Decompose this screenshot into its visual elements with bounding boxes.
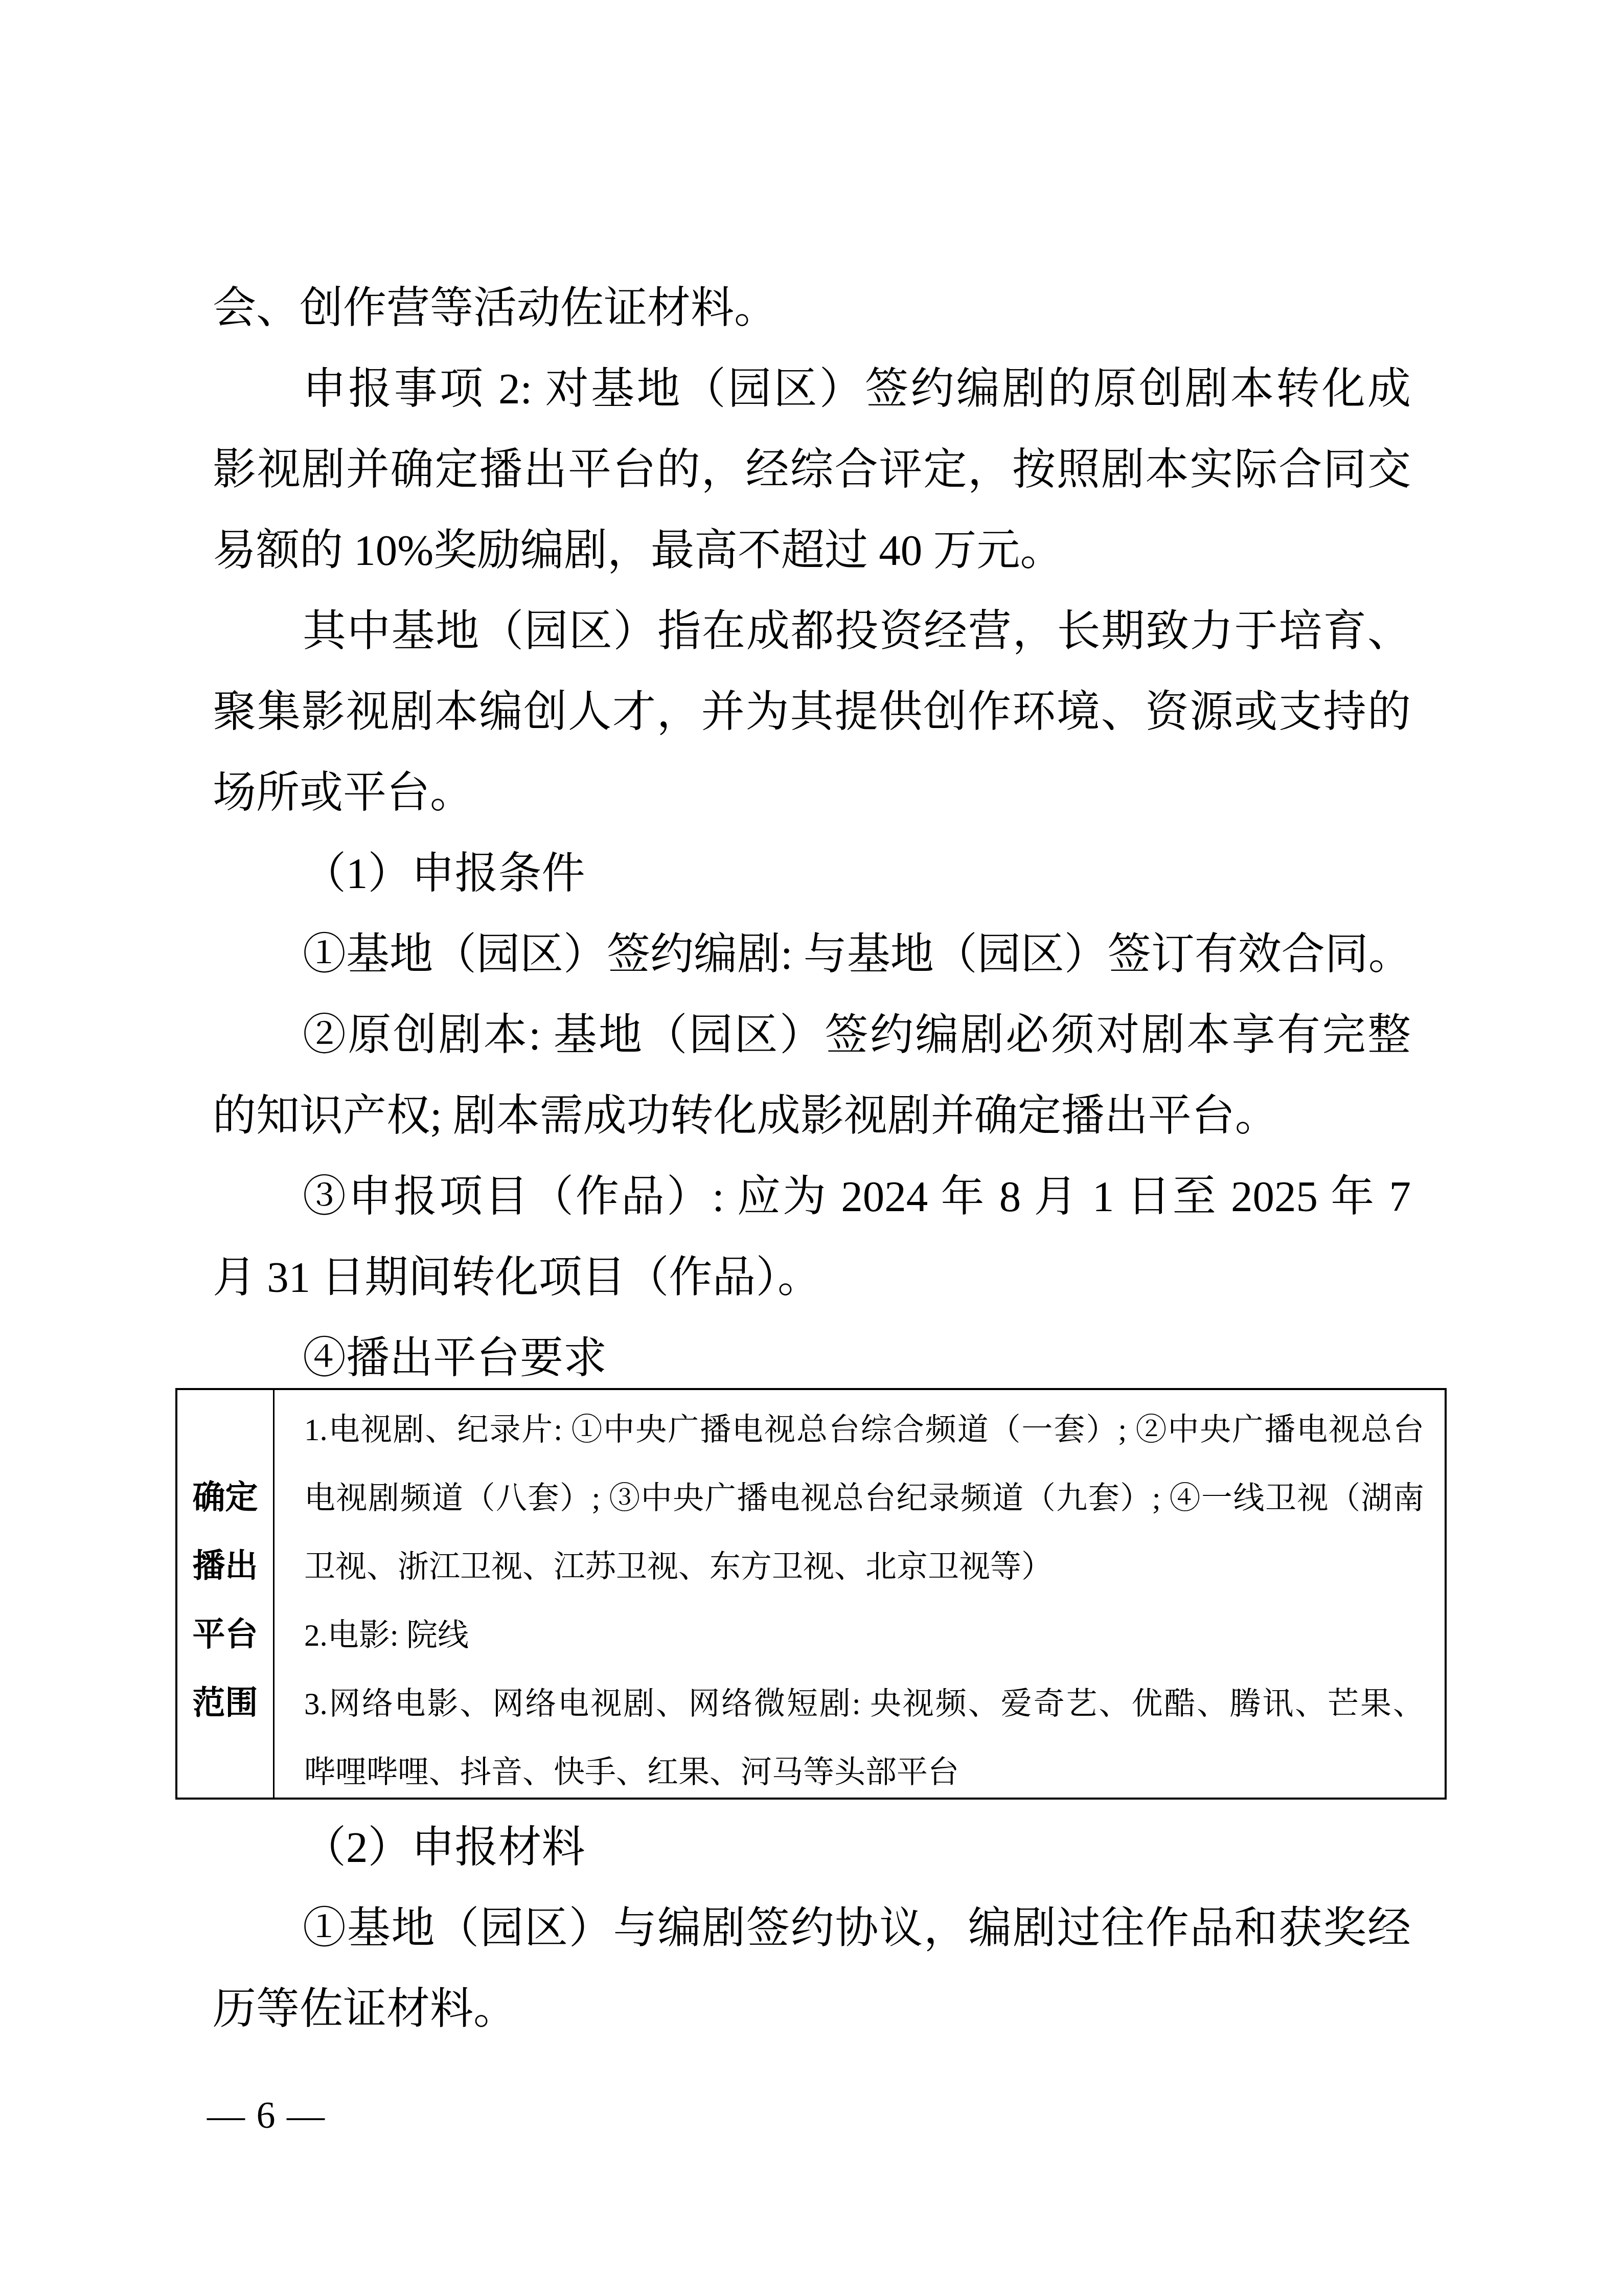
body-line: 易额的 10%奖励编剧，最高不超过 40 万元。 xyxy=(213,510,1411,591)
body-line-condition-3: ③申报项目（作品）: 应为 2024 年 8 月 1 日至 2025 年 7 xyxy=(213,1156,1411,1237)
body-line: 聚集影视剧本编创人才，并为其提供创作环境、资源或支持的 xyxy=(213,672,1411,753)
table-content-line: 哔哩哔哩、抖音、快手、红果、河马等头部平台 xyxy=(304,1739,1424,1807)
table-content-line: 卫视、浙江卫视、江苏卫视、东方卫视、北京卫视等） xyxy=(304,1533,1424,1602)
body-line-condition-4-heading: ④播出平台要求 xyxy=(213,1318,1411,1399)
body-line-material-1: ①基地（园区）与编剧签约协议，编剧过往作品和获奖经 xyxy=(213,1888,1411,1969)
body-line: 影视剧并确定播出平台的，经综合评定，按照剧本实际合同交 xyxy=(213,429,1411,510)
table-content-line-tv: 1.电视剧、纪录片: ①中央广播电视总台综合频道（一套）; ②中央广播电视总台 xyxy=(304,1396,1424,1465)
body-line: 月 31 日期间转化项目（作品）。 xyxy=(213,1237,1411,1318)
section-heading-conditions: （1）申报条件 xyxy=(213,833,1411,914)
after-table-text-block: （2）申报材料 ①基地（园区）与编剧签约协议，编剧过往作品和获奖经 历等佐证材料… xyxy=(213,1807,1411,2050)
table-row-header: 确定 播出 平台 范围 xyxy=(177,1390,275,1798)
body-line: 历等佐证材料。 xyxy=(213,1969,1411,2050)
table-content-cell: 1.电视剧、纪录片: ①中央广播电视总台综合频道（一套）; ②中央广播电视总台 … xyxy=(275,1390,1445,1798)
document-page: 会、创作营等活动佐证材料。 申报事项 2: 对基地（园区）签约编剧的原创剧本转化… xyxy=(0,0,1623,2296)
table-header-word: 确定 xyxy=(177,1463,273,1531)
page-number: — 6 — xyxy=(207,2094,326,2138)
section-heading-materials: （2）申报材料 xyxy=(213,1807,1411,1888)
body-line-condition-1: ①基地（园区）签约编剧: 与基地（园区）签订有效合同。 xyxy=(213,914,1411,995)
body-line-item2-start: 申报事项 2: 对基地（园区）签约编剧的原创剧本转化成 xyxy=(213,349,1411,429)
main-text-block: 会、创作营等活动佐证材料。 申报事项 2: 对基地（园区）签约编剧的原创剧本转化… xyxy=(213,268,1411,1399)
table-content-line-web: 3.网络电影、网络电视剧、网络微短剧: 央视频、爱奇艺、优酷、腾讯、芒果、 xyxy=(304,1670,1424,1739)
broadcast-platform-table: 确定 播出 平台 范围 1.电视剧、纪录片: ①中央广播电视总台综合频道（一套）… xyxy=(175,1388,1447,1800)
table-content-line: 电视剧频道（八套）; ③中央广播电视总台纪录频道（九套）; ④一线卫视（湖南 xyxy=(304,1465,1424,1533)
table-header-spacer xyxy=(177,1394,273,1463)
table-header-word: 范围 xyxy=(177,1668,273,1737)
body-line-base-definition: 其中基地（园区）指在成都投资经营，长期致力于培育、 xyxy=(213,591,1411,672)
body-line: 的知识产权; 剧本需成功转化成影视剧并确定播出平台。 xyxy=(213,1076,1411,1156)
table-header-word: 播出 xyxy=(177,1531,273,1600)
body-line-condition-2: ②原创剧本: 基地（园区）签约编剧必须对剧本享有完整 xyxy=(213,995,1411,1076)
body-line: 场所或平台。 xyxy=(213,753,1411,833)
body-line: 会、创作营等活动佐证材料。 xyxy=(213,268,1411,349)
table-header-word: 平台 xyxy=(177,1600,273,1668)
table-content-line-movie: 2.电影: 院线 xyxy=(304,1602,1424,1670)
